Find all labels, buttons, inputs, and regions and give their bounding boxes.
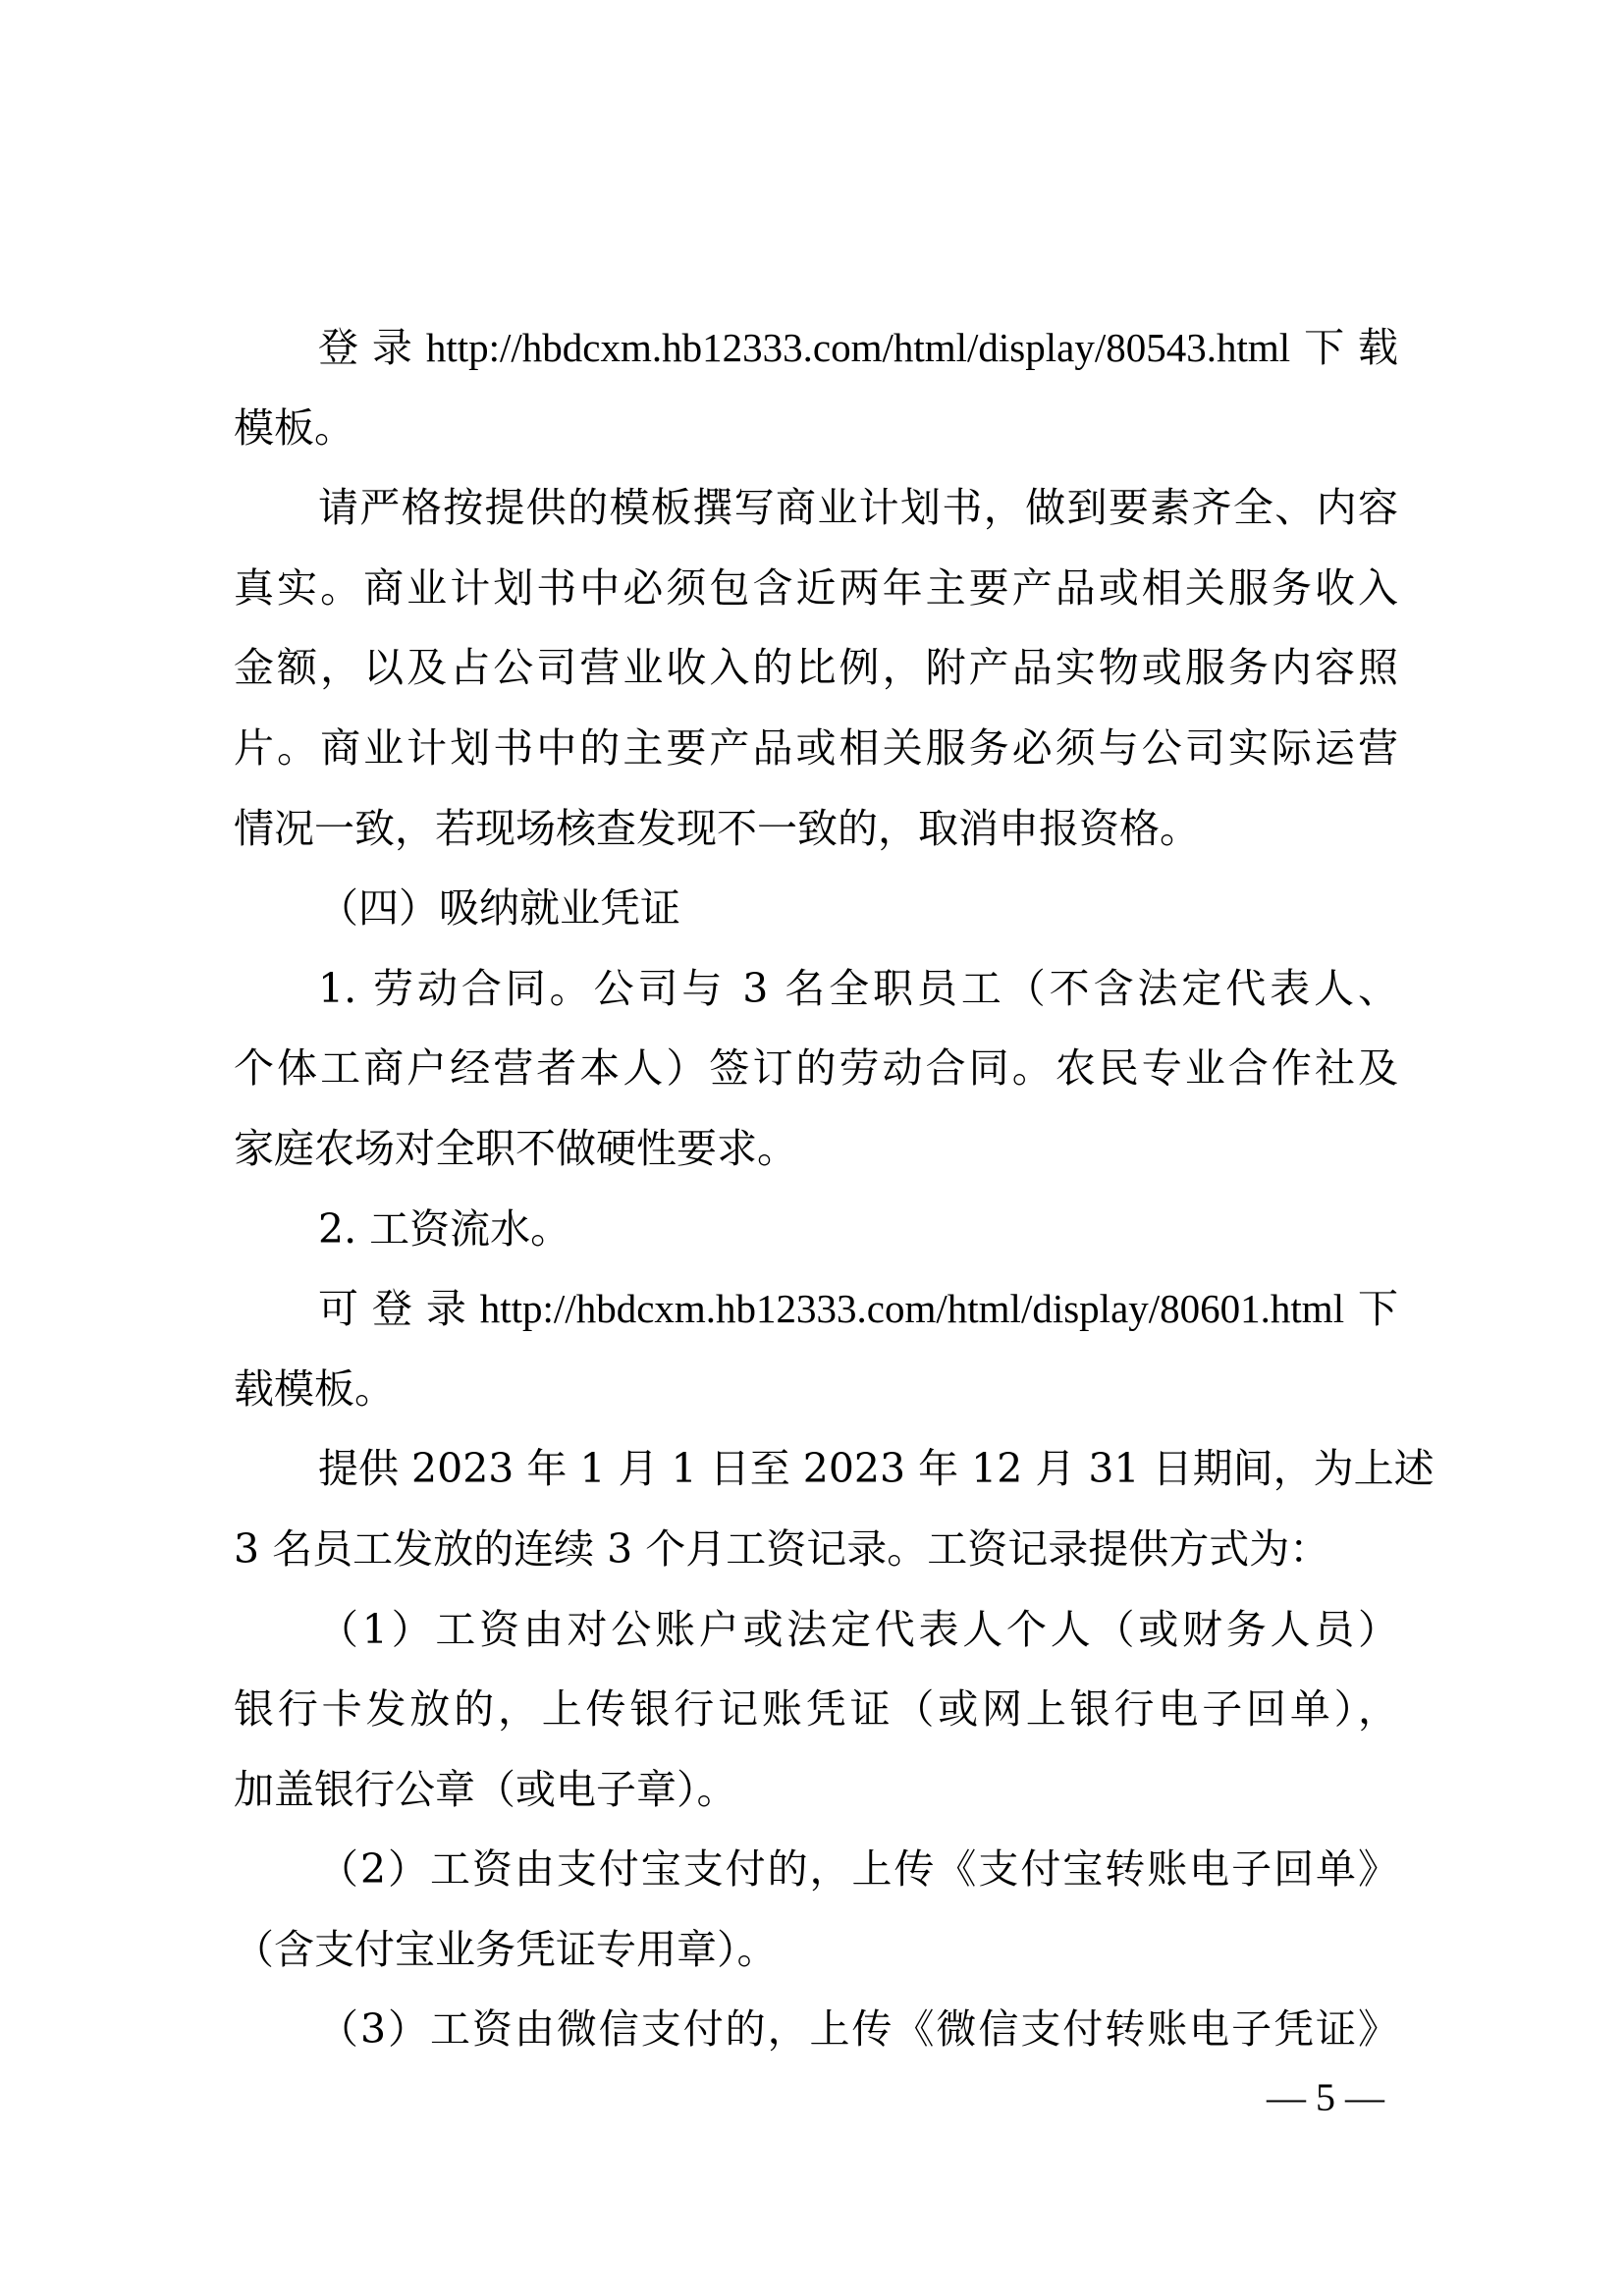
payroll-method-bank-line-2: 银行卡发放的，上传银行记账凭证（或网上银行电子回单）， [234,1670,1398,1750]
item-labor-contract-line-3: 家庭农场对全职不做硬性要求。 [234,1109,1398,1190]
text-suffix: 下载 [1290,324,1398,371]
text-prefix: 可登录 [318,1285,480,1332]
document-page: 登录http://hbdcxm.hb12333.com/html/display… [0,0,1624,2296]
paragraph-business-plan-line-5: 情况一致，若现场核查发现不一致的，取消申报资格。 [234,789,1398,870]
paragraph-business-plan-line-3: 金额，以及占公司营业收入的比例，附产品实物或服务内容照 [234,628,1398,709]
payroll-template-link[interactable]: http://hbdcxm.hb12333.com/html/display/8… [480,1286,1344,1331]
item-labor-contract-line-1: 1. 劳动合同。公司与 3 名全职员工（不含法定代表人、 [234,949,1398,1030]
paragraph-payroll-period-line-1: 提供 2023 年 1 月 1 日至 2023 年 12 月 31 日期间，为上… [234,1429,1398,1510]
section-heading-employment-proof: （四）吸纳就业凭证 [234,869,1398,949]
paragraph-template-download-line-1: 登录http://hbdcxm.hb12333.com/html/display… [234,308,1398,389]
payroll-method-wechat-line-1: （3）工资由微信支付的，上传《微信支付转账电子凭证》 [234,1990,1398,2070]
paragraph-template-download-line-2: 模板。 [234,389,1398,469]
text-prefix: 登录 [318,324,426,371]
paragraph-payroll-period-line-2: 3 名员工发放的连续 3 个月工资记录。工资记录提供方式为： [234,1510,1398,1590]
document-body: 登录http://hbdcxm.hb12333.com/html/display… [234,308,1398,2070]
paragraph-business-plan-line-4: 片。商业计划书中的主要产品或相关服务必须与公司实际运营 [234,709,1398,789]
paragraph-payroll-template-line-2: 载模板。 [234,1350,1398,1430]
paragraph-business-plan-line-2: 真实。商业计划书中必须包含近两年主要产品或相关服务收入 [234,549,1398,629]
payroll-method-alipay-line-1: （2）工资由支付宝支付的，上传《支付宝转账电子回单》 [234,1830,1398,1910]
paragraph-payroll-template-line-1: 可登录http://hbdcxm.hb12333.com/html/displa… [234,1269,1398,1350]
page-number: — 5 — [1247,2073,1404,2122]
template-download-link[interactable]: http://hbdcxm.hb12333.com/html/display/8… [426,325,1290,370]
item-labor-contract-line-2: 个体工商户经营者本人）签订的劳动合同。农民专业合作社及 [234,1029,1398,1109]
payroll-method-alipay-line-2: （含支付宝业务凭证专用章）。 [234,1910,1398,1991]
paragraph-business-plan-line-1: 请严格按提供的模板撰写商业计划书，做到要素齐全、内容 [234,468,1398,549]
item-payroll-heading: 2. 工资流水。 [234,1190,1398,1270]
text-suffix: 下 [1344,1285,1398,1332]
payroll-method-bank-line-1: （1）工资由对公账户或法定代表人个人（或财务人员） [234,1590,1398,1671]
payroll-method-bank-line-3: 加盖银行公章（或电子章）。 [234,1750,1398,1831]
